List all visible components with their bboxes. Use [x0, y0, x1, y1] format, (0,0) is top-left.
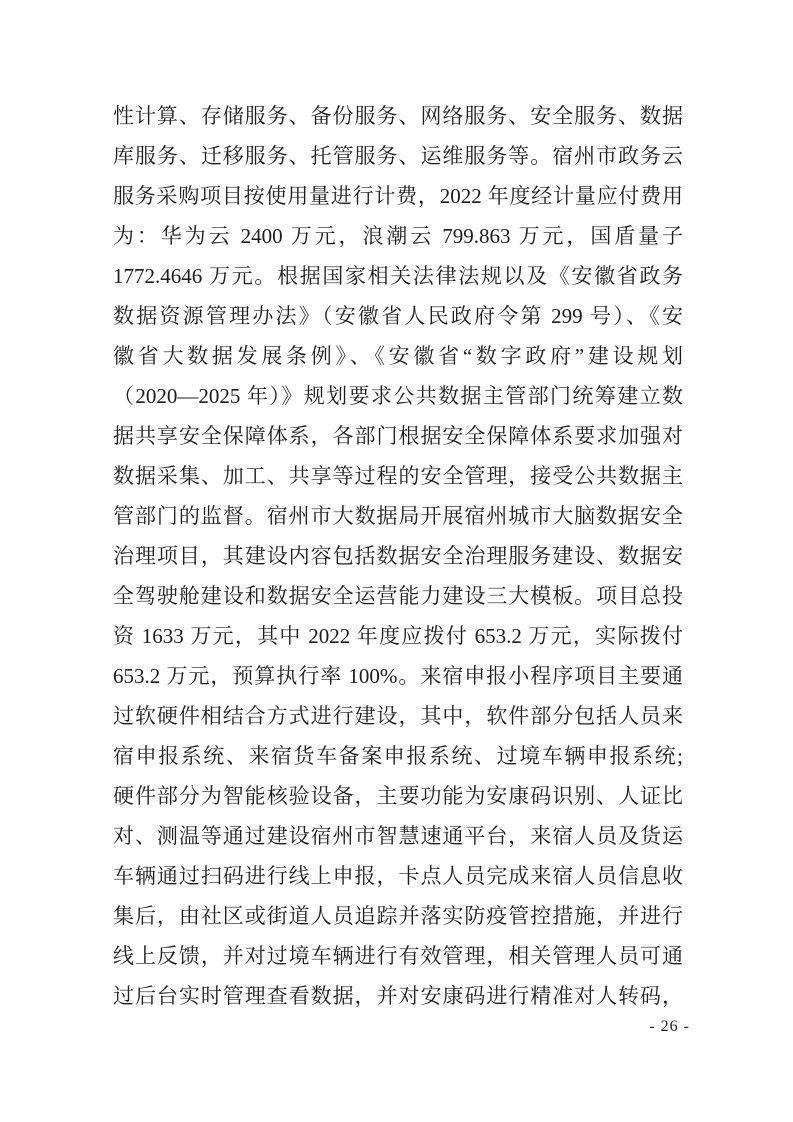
text-line: 治理项目，其建设内容包括数据安全治理服务建设、数据安	[113, 536, 683, 576]
text-line: 管部门的监督。宿州市大数据局开展宿州城市大脑数据安全	[113, 496, 683, 536]
text-line: （2020—2025 年）》规划要求公共数据主管部门统筹建立数	[113, 376, 683, 416]
text-line: 对、测温等通过建设宿州市智慧速通平台，来宿人员及货运	[113, 816, 683, 856]
text-line: 线上反馈，并对过境车辆进行有效管理，相关管理人员可通	[113, 936, 683, 976]
text-line: 全驾驶舱建设和数据安全运营能力建设三大模板。项目总投	[113, 576, 683, 616]
text-line: 653.2 万元，预算执行率 100%。来宿申报小程序项目主要通	[113, 656, 683, 696]
text-line: 据共享安全保障体系，各部门根据安全保障体系要求加强对	[113, 416, 683, 456]
text-line: 库服务、迁移服务、托管服务、运维服务等。宿州市政务云	[113, 136, 683, 176]
text-line: 为：华为云 2400 万元，浪潮云 799.863 万元，国盾量子	[113, 216, 683, 256]
text-line: 1772.4646 万元。根据国家相关法律法规以及《安徽省政务	[113, 256, 683, 296]
text-line: 服务采购项目按使用量进行计费，2022 年度经计量应付费用	[113, 176, 683, 216]
page-number: - 26 -	[649, 1018, 690, 1036]
text-line: 数据采集、加工、共享等过程的安全管理，接受公共数据主	[113, 456, 683, 496]
text-line: 过软硬件相结合方式进行建设，其中，软件部分包括人员来	[113, 696, 683, 736]
body-text: 性计算、存储服务、备份服务、网络服务、安全服务、数据库服务、迁移服务、托管服务、…	[113, 96, 683, 1016]
text-line: 宿申报系统、来宿货车备案申报系统、过境车辆申报系统;	[113, 736, 683, 776]
text-line: 车辆通过扫码进行线上申报，卡点人员完成来宿人员信息收	[113, 856, 683, 896]
text-line: 资 1633 万元，其中 2022 年度应拨付 653.2 万元，实际拨付	[113, 616, 683, 656]
text-line: 硬件部分为智能核验设备，主要功能为安康码识别、人证比	[113, 776, 683, 816]
document-page: 性计算、存储服务、备份服务、网络服务、安全服务、数据库服务、迁移服务、托管服务、…	[0, 0, 793, 1122]
text-line: 过后台实时管理查看数据，并对安康码进行精准对人转码，	[113, 976, 683, 1016]
text-line: 徽省大数据发展条例》、《安徽省“数字政府”建设规划	[113, 336, 683, 376]
text-line: 集后，由社区或街道人员追踪并落实防疫管控措施，并进行	[113, 896, 683, 936]
text-line: 性计算、存储服务、备份服务、网络服务、安全服务、数据	[113, 96, 683, 136]
text-line: 数据资源管理办法》（安徽省人民政府令第 299 号）、《安	[113, 296, 683, 336]
